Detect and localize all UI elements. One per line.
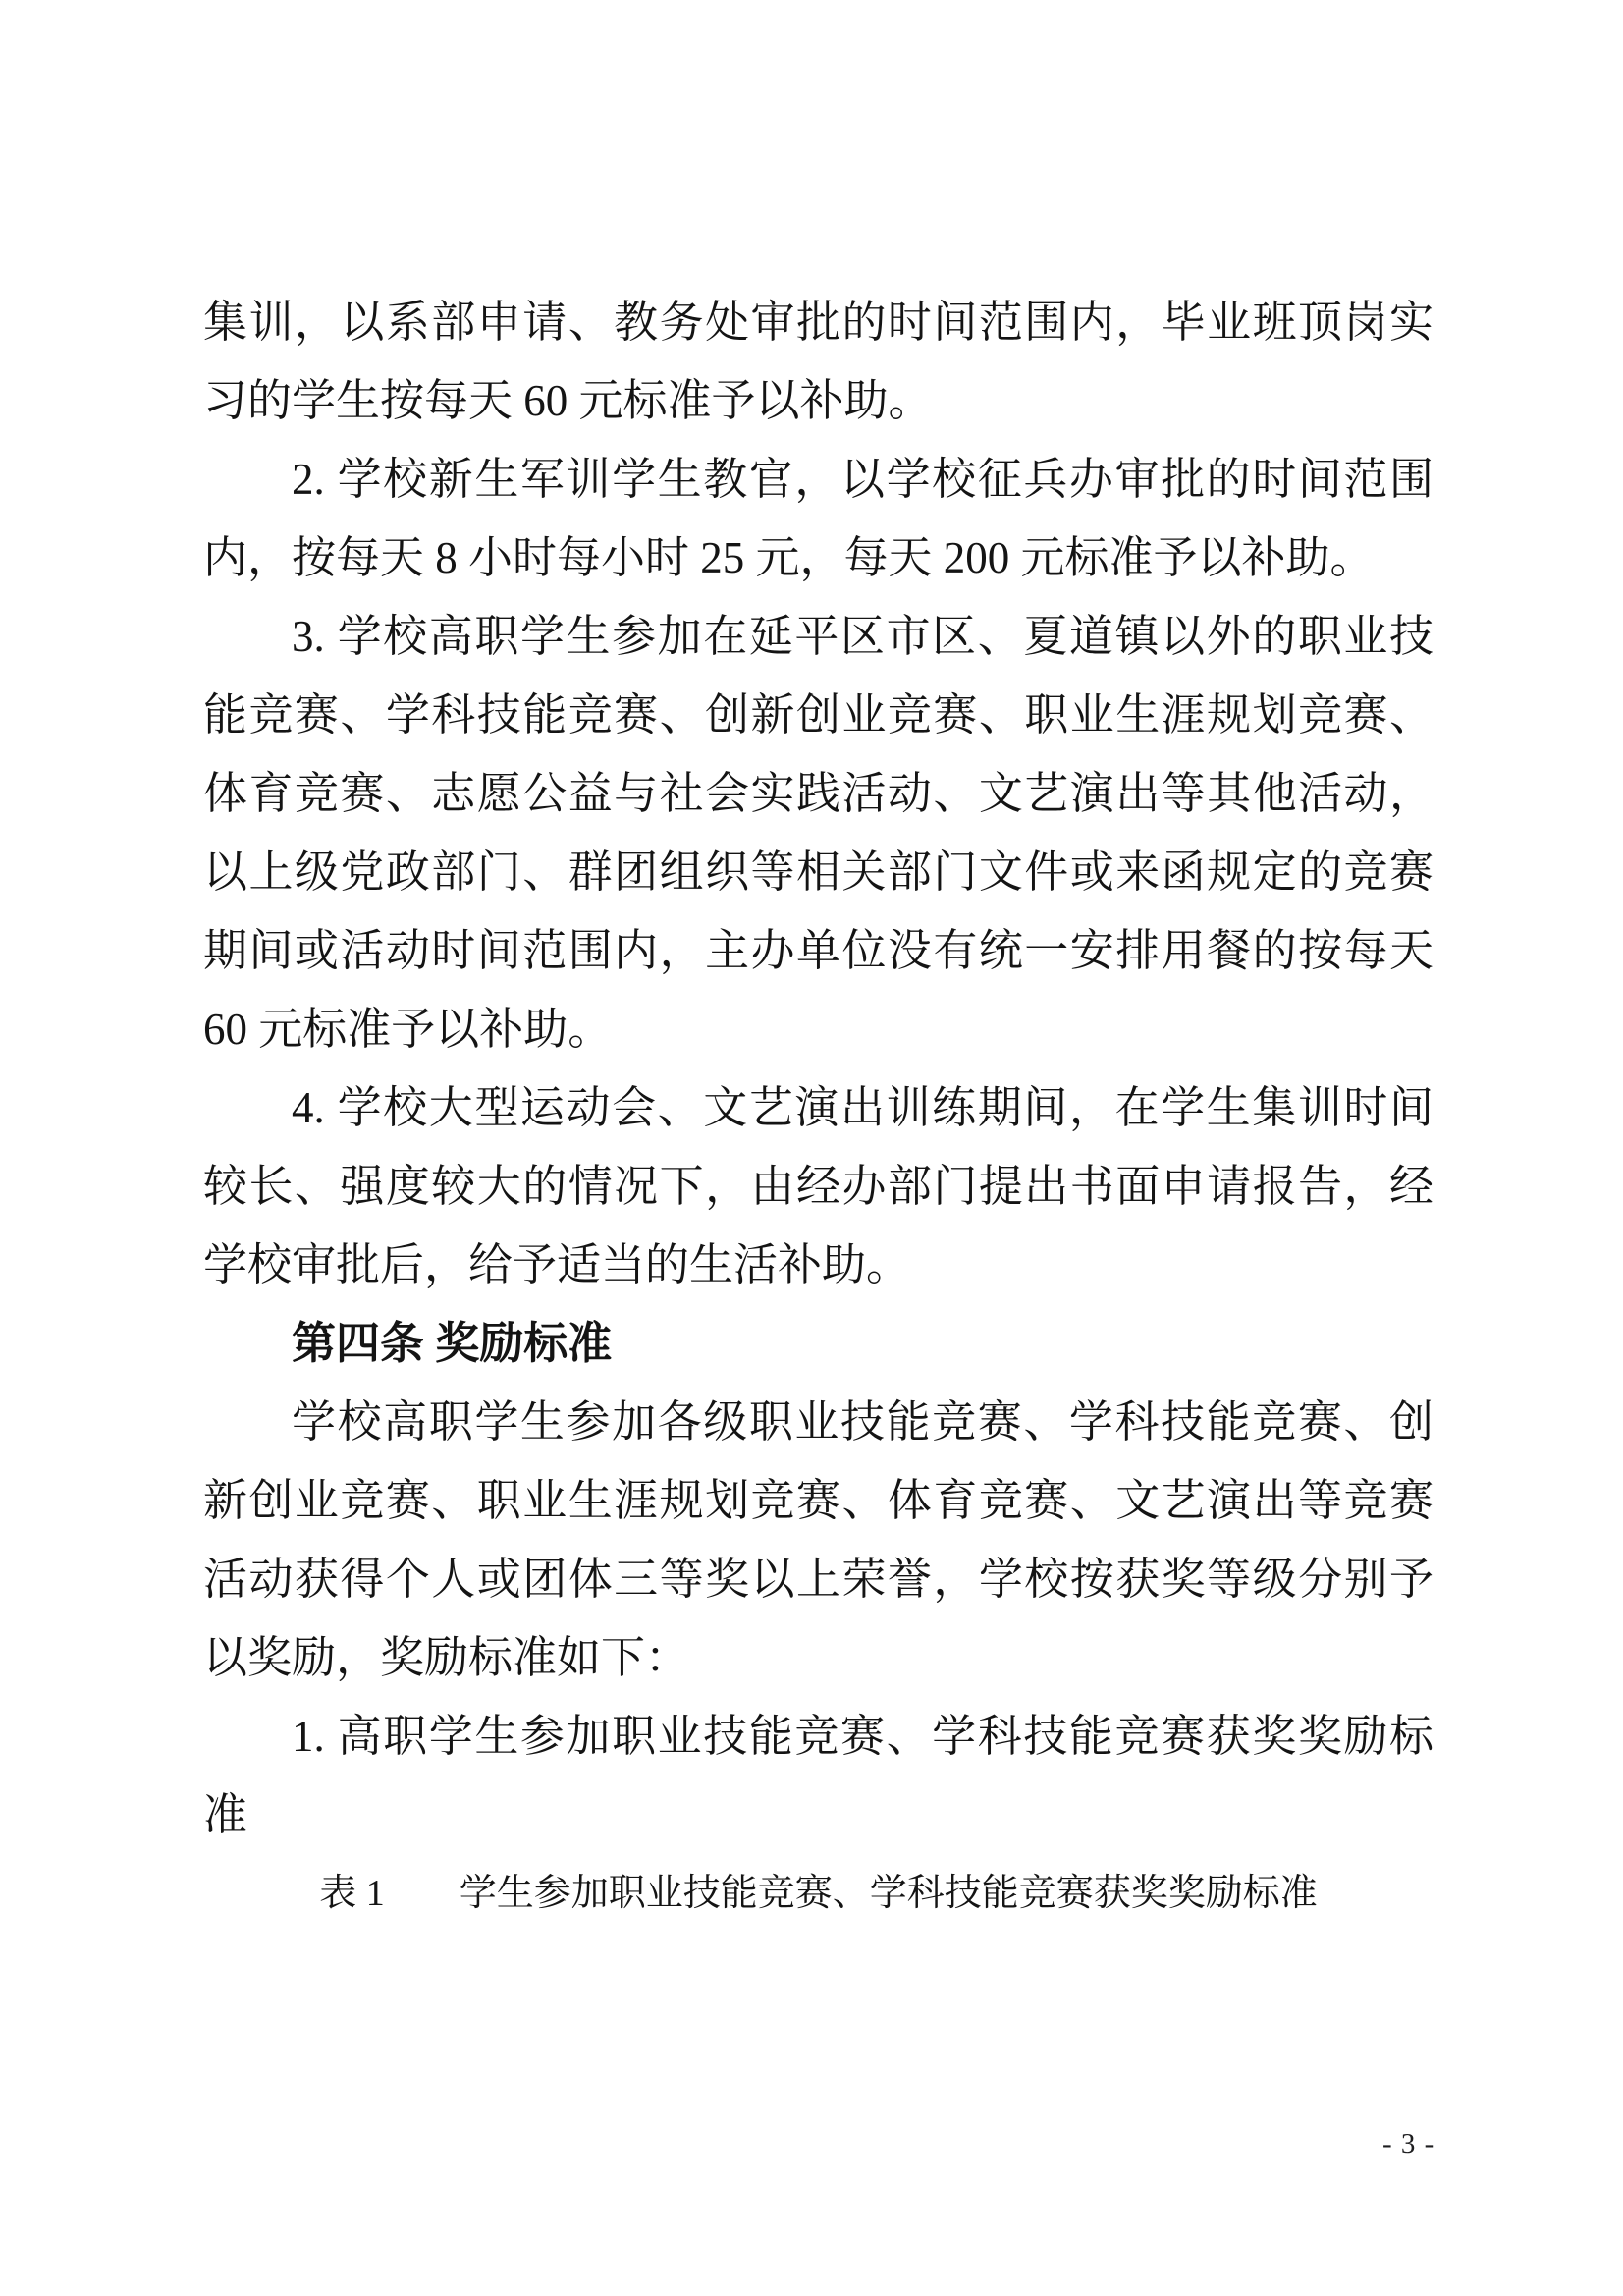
paragraph-item-2: 2. 学校新生军训学生教官，以学校征兵办审批的时间范围内，按每天 8 小时每小时… [203,440,1434,597]
page-number: - 3 - [1382,2128,1434,2160]
article-heading: 第四条 奖励标准 [203,1304,1434,1383]
paragraph-award-intro: 学校高职学生参加各级职业技能竞赛、学科技能竞赛、创新创业竞赛、职业生涯规划竞赛、… [203,1383,1434,1697]
document-page: 集训，以系部申请、教务处审批的时间范围内，毕业班顶岗实习的学生按每天 60 元标… [0,0,1623,2296]
document-body: 集训，以系部申请、教务处审批的时间范围内，毕业班顶岗实习的学生按每天 60 元标… [203,283,1434,1933]
table-caption: 表 1 学生参加职业技能竞赛、学科技能竞赛获奖奖励标准 [203,1854,1434,1933]
paragraph-item-3: 3. 学校高职学生参加在延平区市区、夏道镇以外的职业技能竞赛、学科技能竞赛、创新… [203,597,1434,1068]
paragraph-continuation: 集训，以系部申请、教务处审批的时间范围内，毕业班顶岗实习的学生按每天 60 元标… [203,283,1434,440]
paragraph-award-item-1: 1. 高职学生参加职业技能竞赛、学科技能竞赛获奖奖励标准 [203,1697,1434,1854]
paragraph-item-4: 4. 学校大型运动会、文艺演出训练期间，在学生集训时间较长、强度较大的情况下，由… [203,1068,1434,1304]
